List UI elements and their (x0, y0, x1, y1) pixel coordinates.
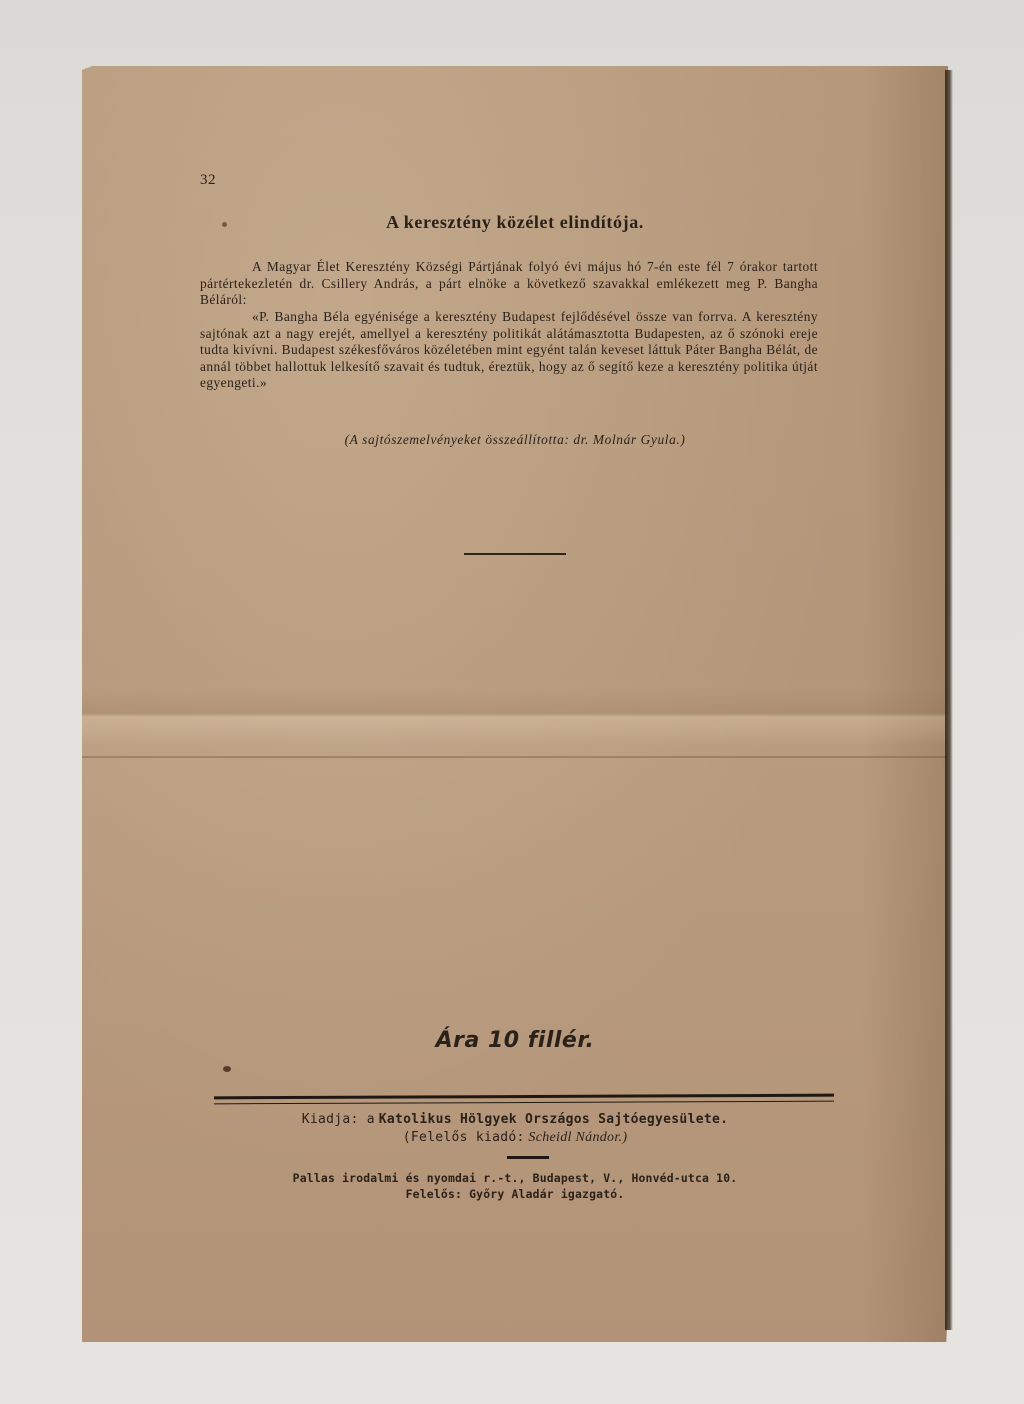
article-intro: A Magyar Élet Keresztény Községi Pártján… (200, 259, 818, 308)
printer-line: Pallas irodalmi és nyomdai r.-t., Budape… (82, 1170, 948, 1186)
responsible-publisher-line: (Felelős kiadó: Scheidl Nándor.) (82, 1130, 948, 1146)
bleed-through-text (252, 786, 812, 802)
page-fold-crease (82, 686, 948, 746)
page-edge-shadow (945, 70, 953, 1330)
page-number: 32 (200, 172, 216, 189)
publisher-name: Katolikus Hölgyek Országos Sajtóegyesüle… (379, 1112, 728, 1127)
fold-line (82, 756, 948, 758)
section-separator (464, 553, 566, 555)
publisher-label: Kiadja: a (302, 1112, 375, 1127)
article-title: A keresztény közélet elindítója. (82, 212, 948, 233)
printer-responsible: Felelős: Győry Aladár igazgató. (82, 1186, 948, 1202)
publisher-line: Kiadja: a Katolikus Hölgyek Országos Saj… (82, 1110, 948, 1130)
double-rule (214, 1094, 834, 1105)
ink-spot (223, 1066, 231, 1072)
compiler-credit: (A sajtószemelvényeket összeállította: d… (82, 432, 948, 448)
document-page: 32 A keresztény közélet elindítója. A Ma… (82, 66, 948, 1342)
article-quote: «P. Bangha Béla egyénisége a keresztény … (200, 309, 818, 391)
responsible-name: Scheidl Nándor.) (528, 1130, 627, 1145)
responsible-label: (Felelős kiadó: (403, 1130, 525, 1145)
short-rule (507, 1156, 549, 1159)
price-label: Ára 10 fillér. (82, 1028, 948, 1053)
printer-info: Pallas irodalmi és nyomdai r.-t., Budape… (82, 1170, 948, 1202)
